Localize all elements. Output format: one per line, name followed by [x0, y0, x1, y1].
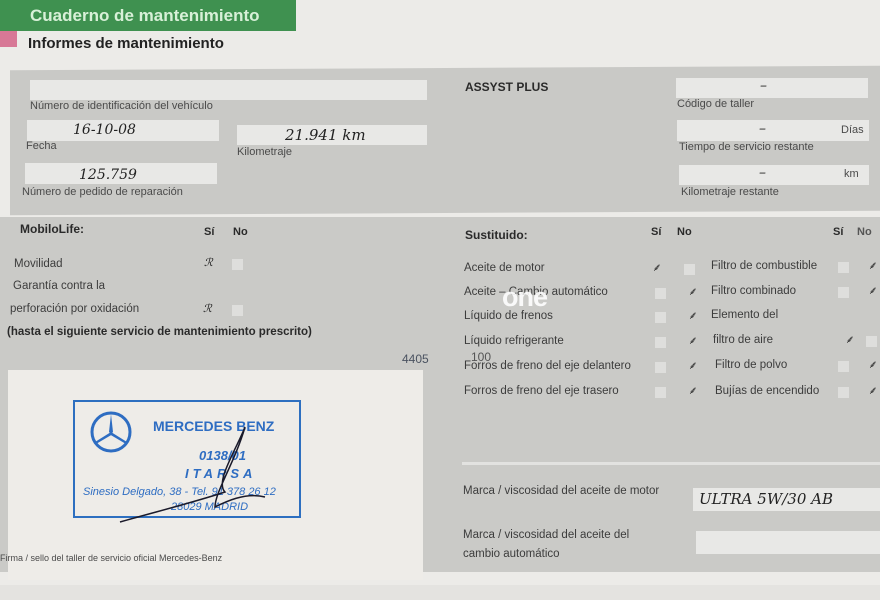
replaced-item-label: Filtro de polvo — [715, 359, 787, 371]
assyst-title: ASSYST PLUS — [465, 80, 548, 94]
section-title: Informes de mantenimiento — [28, 35, 224, 52]
replaced-no-check[interactable]: ⸙ — [688, 383, 696, 398]
km-unit: km — [844, 168, 859, 180]
transmission-oil-label: Marca / viscosidad del aceite del — [463, 529, 629, 541]
mileage-label: Kilometraje — [237, 146, 292, 158]
replaced-no-header-2: No — [857, 226, 872, 238]
mobilolife-movilidad-yes-check[interactable]: ℛ — [204, 256, 213, 269]
replaced-yes-checkbox[interactable] — [838, 262, 849, 273]
stamp-caption: Firma / sello del taller de servicio ofi… — [0, 553, 222, 563]
book-title: Cuaderno de mantenimiento — [0, 0, 296, 31]
remaining-time-label: Tiempo de servicio restante — [679, 141, 814, 153]
replaced-no-check[interactable]: ⸙ — [868, 283, 876, 298]
overlay-number: 4405 — [402, 352, 429, 366]
replaced-yes-check[interactable]: ⸙ — [845, 332, 853, 347]
workshop-code-label: Código de taller — [677, 98, 754, 110]
replaced-yes-checkbox[interactable] — [655, 288, 666, 299]
replaced-no-checkbox[interactable] — [866, 336, 877, 347]
mobilolife-title: MobiloLife: — [20, 222, 84, 236]
page-edge — [0, 585, 880, 600]
replaced-no-check[interactable]: ⸙ — [868, 258, 876, 273]
workshop-code-field[interactable]: – — [676, 78, 868, 98]
transmission-oil-label-cont: cambio automático — [463, 548, 560, 560]
workshop-stamp: MERCEDES BENZ 0138/01 ITARSA Sinesio Del… — [73, 400, 301, 518]
replaced-yes-checkbox[interactable] — [655, 337, 666, 348]
date-field[interactable]: 16-10-08 — [27, 120, 219, 141]
replaced-no-check[interactable]: ⸙ — [688, 308, 696, 323]
replaced-no-check[interactable]: ⸙ — [688, 284, 696, 299]
vin-label: Número de identificación del vehículo — [30, 100, 213, 112]
replaced-item-label: Elemento del — [711, 309, 778, 321]
mobilolife-movilidad-no-checkbox[interactable] — [232, 259, 243, 270]
replaced-yes-checkbox[interactable] — [838, 361, 849, 372]
replaced-yes-checkbox[interactable] — [655, 312, 666, 323]
mobilolife-item-label-cont: perforación por oxidación — [10, 303, 139, 315]
replaced-yes-header-2: Sí — [833, 226, 843, 238]
replaced-item-label: Bujías de encendido — [715, 385, 819, 397]
engine-oil-field[interactable]: ULTRA 5W/30 AB — [693, 488, 880, 511]
transmission-oil-field[interactable] — [696, 531, 880, 554]
replaced-title: Sustituido: — [465, 228, 528, 242]
remaining-km-label: Kilometraje restante — [681, 186, 779, 198]
repair-order-field[interactable]: 125.759 — [25, 163, 217, 184]
replaced-no-check[interactable]: ⸙ — [868, 383, 876, 398]
replaced-item-label: Filtro combinado — [711, 285, 796, 297]
repair-order-label: Número de pedido de reparación — [22, 186, 183, 198]
signature — [115, 422, 275, 527]
section-divider — [462, 462, 880, 465]
mobilolife-note: (hasta el siguiente servicio de mantenim… — [7, 326, 312, 338]
engine-oil-label: Marca / viscosidad del aceite de motor — [463, 485, 659, 497]
remaining-time-field[interactable]: – Días — [677, 120, 869, 141]
replaced-no-check[interactable]: ⸙ — [688, 358, 696, 373]
replaced-item-label: Aceite de motor — [464, 262, 545, 274]
mileage-field[interactable]: 21.941 km — [237, 125, 427, 145]
mobilolife-item-label: Movilidad — [14, 258, 63, 270]
replaced-yes-check[interactable]: ⸙ — [652, 260, 660, 275]
replaced-no-header: No — [677, 226, 692, 238]
mobilolife-item-label: Garantía contra la — [13, 280, 105, 292]
replaced-yes-checkbox[interactable] — [655, 362, 666, 373]
replaced-yes-checkbox[interactable] — [655, 387, 666, 398]
overlay-number: 100 — [471, 350, 491, 364]
mobilolife-rust-no-checkbox[interactable] — [232, 305, 243, 316]
replaced-item-label-cont: filtro de aire — [713, 334, 773, 346]
days-unit: Días — [841, 124, 864, 136]
remaining-km-field[interactable]: – km — [679, 165, 869, 185]
replaced-item-label: Líquido refrigerante — [464, 335, 564, 347]
watermark-logo: one — [502, 282, 547, 313]
replaced-no-check[interactable]: ⸙ — [688, 333, 696, 348]
mobilolife-yes-header: Sí — [204, 226, 214, 238]
mobilolife-no-header: No — [233, 226, 248, 238]
replaced-no-check[interactable]: ⸙ — [868, 357, 876, 372]
vin-field[interactable] — [30, 80, 427, 100]
replaced-yes-checkbox[interactable] — [838, 287, 849, 298]
date-label: Fecha — [26, 140, 57, 152]
replaced-yes-checkbox[interactable] — [838, 387, 849, 398]
replaced-yes-header: Sí — [651, 226, 661, 238]
replaced-item-label: Forros de freno del eje trasero — [464, 385, 619, 397]
replaced-item-label: Filtro de combustible — [711, 260, 817, 272]
section-color-tab — [0, 31, 17, 47]
replaced-no-checkbox[interactable] — [684, 264, 695, 275]
mobilolife-rust-yes-check[interactable]: ℛ — [203, 302, 212, 315]
